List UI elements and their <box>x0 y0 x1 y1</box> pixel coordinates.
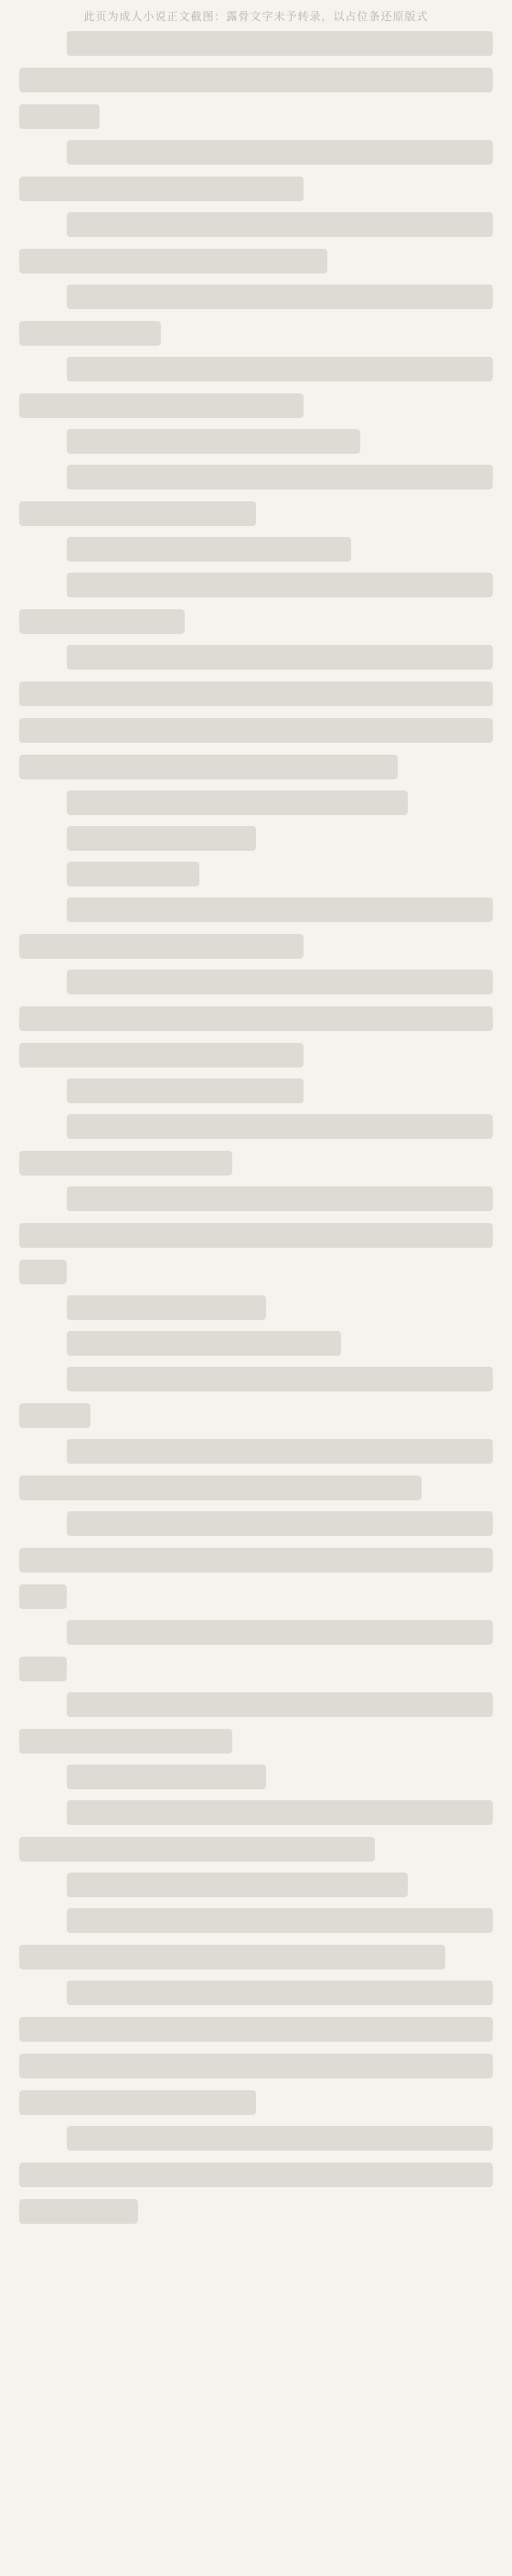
novel-paragraph <box>19 1367 493 1428</box>
novel-paragraph <box>19 790 493 815</box>
redacted-text-line <box>67 357 493 381</box>
redacted-text-line <box>19 321 161 346</box>
redacted-text-line <box>19 1403 91 1428</box>
novel-paragraph <box>19 2126 493 2224</box>
redacted-text-line <box>19 104 100 129</box>
novel-paragraph <box>19 1511 493 1609</box>
novel-paragraph <box>19 1873 493 1897</box>
redacted-text-line <box>19 934 304 959</box>
redacted-text-line <box>67 645 493 670</box>
redacted-text-line <box>67 212 493 237</box>
novel-paragraph <box>19 1765 493 1789</box>
novel-paragraph <box>19 897 493 959</box>
redacted-text-line <box>19 1260 67 1284</box>
novel-paragraph <box>19 1692 493 1754</box>
redacted-text-line <box>67 31 493 56</box>
redacted-text-line <box>67 1439 493 1464</box>
redacted-text-line <box>67 1800 493 1825</box>
redacted-text-line <box>19 1657 67 1681</box>
redacted-text-line <box>19 1006 493 1031</box>
redacted-text-line <box>67 140 493 165</box>
redacted-text-line <box>67 970 493 994</box>
redacted-text-line <box>67 284 493 309</box>
redacted-text-line <box>19 718 493 743</box>
redacted-text-line <box>19 2090 256 2115</box>
redacted-text-line <box>67 1331 341 1356</box>
redacted-text-line <box>67 573 493 597</box>
redacted-text-line <box>67 429 360 454</box>
novel-paragraph <box>19 284 493 346</box>
redacted-text-line <box>67 862 199 886</box>
redacted-text-line <box>19 501 256 526</box>
redacted-text-line <box>67 1186 493 1211</box>
redacted-text-line <box>19 1729 232 1754</box>
novel-paragraph <box>19 465 493 526</box>
redacted-text-line <box>19 1043 304 1068</box>
redacted-text-line <box>67 897 493 922</box>
redacted-text-line <box>67 1114 493 1139</box>
redacted-text-line <box>67 1620 493 1645</box>
redacted-text-line <box>67 1908 493 1933</box>
redacted-text-line <box>67 465 493 489</box>
novel-paragraph <box>19 1186 493 1284</box>
redacted-text-line <box>67 1295 266 1320</box>
redacted-text-line <box>19 393 304 418</box>
redacted-text-line <box>19 609 185 634</box>
redacted-text-line <box>67 1367 493 1391</box>
novel-paragraph <box>19 1439 493 1500</box>
novel-paragraph <box>19 1908 493 1970</box>
novel-paragraph <box>19 1800 493 1862</box>
reader-page[interactable]: 此页为成人小说正文截图：露骨文字未予转录，以占位条还原版式 <box>0 0 512 2576</box>
redaction-notice: 此页为成人小说正文截图：露骨文字未予转录，以占位条还原版式 <box>19 9 493 24</box>
redacted-text-line <box>19 249 327 274</box>
novel-paragraph <box>19 1620 493 1681</box>
novel-paragraph <box>19 429 493 454</box>
redacted-text-line <box>19 68 493 92</box>
redacted-text-line <box>19 1837 375 1862</box>
redacted-text-line <box>19 2163 493 2187</box>
redacted-text-line <box>19 1548 493 1572</box>
redacted-text-line <box>19 177 304 201</box>
redacted-text-line <box>67 2126 493 2151</box>
novel-paragraph <box>19 645 493 779</box>
redacted-text-line <box>67 1873 408 1897</box>
novel-paragraph <box>19 212 493 274</box>
novel-paragraph <box>19 573 493 634</box>
novel-paragraph <box>19 826 493 851</box>
novel-paragraph <box>19 537 493 562</box>
novel-paragraph <box>19 1331 493 1356</box>
redacted-text-line <box>19 682 493 706</box>
novel-paragraph <box>19 1295 493 1320</box>
redacted-text-line <box>19 2199 138 2224</box>
redacted-text-line <box>67 537 351 562</box>
novel-paragraph <box>19 140 493 201</box>
novel-paragraph <box>19 357 493 418</box>
novel-paragraph <box>19 1114 493 1175</box>
novel-paragraph <box>19 31 493 129</box>
redacted-text-line <box>67 1980 493 2005</box>
redacted-text-line <box>19 755 398 779</box>
novel-text-body <box>19 31 493 2224</box>
redacted-text-line <box>19 1223 493 1248</box>
redacted-text-line <box>19 1151 232 1175</box>
novel-paragraph <box>19 1079 493 1103</box>
redacted-text-line <box>19 2017 493 2042</box>
novel-paragraph <box>19 970 493 1068</box>
novel-paragraph <box>19 862 493 886</box>
redacted-text-line <box>19 1945 445 1970</box>
redacted-text-line <box>19 1476 421 1500</box>
redacted-text-line <box>67 1511 493 1536</box>
redacted-text-line <box>67 826 256 851</box>
redacted-text-line <box>67 1765 266 1789</box>
redacted-text-line <box>67 1692 493 1717</box>
novel-paragraph <box>19 1980 493 2115</box>
redacted-text-line <box>19 2054 493 2078</box>
redacted-text-line <box>67 1079 304 1103</box>
redacted-text-line <box>67 790 408 815</box>
redacted-text-line <box>19 1584 67 1609</box>
